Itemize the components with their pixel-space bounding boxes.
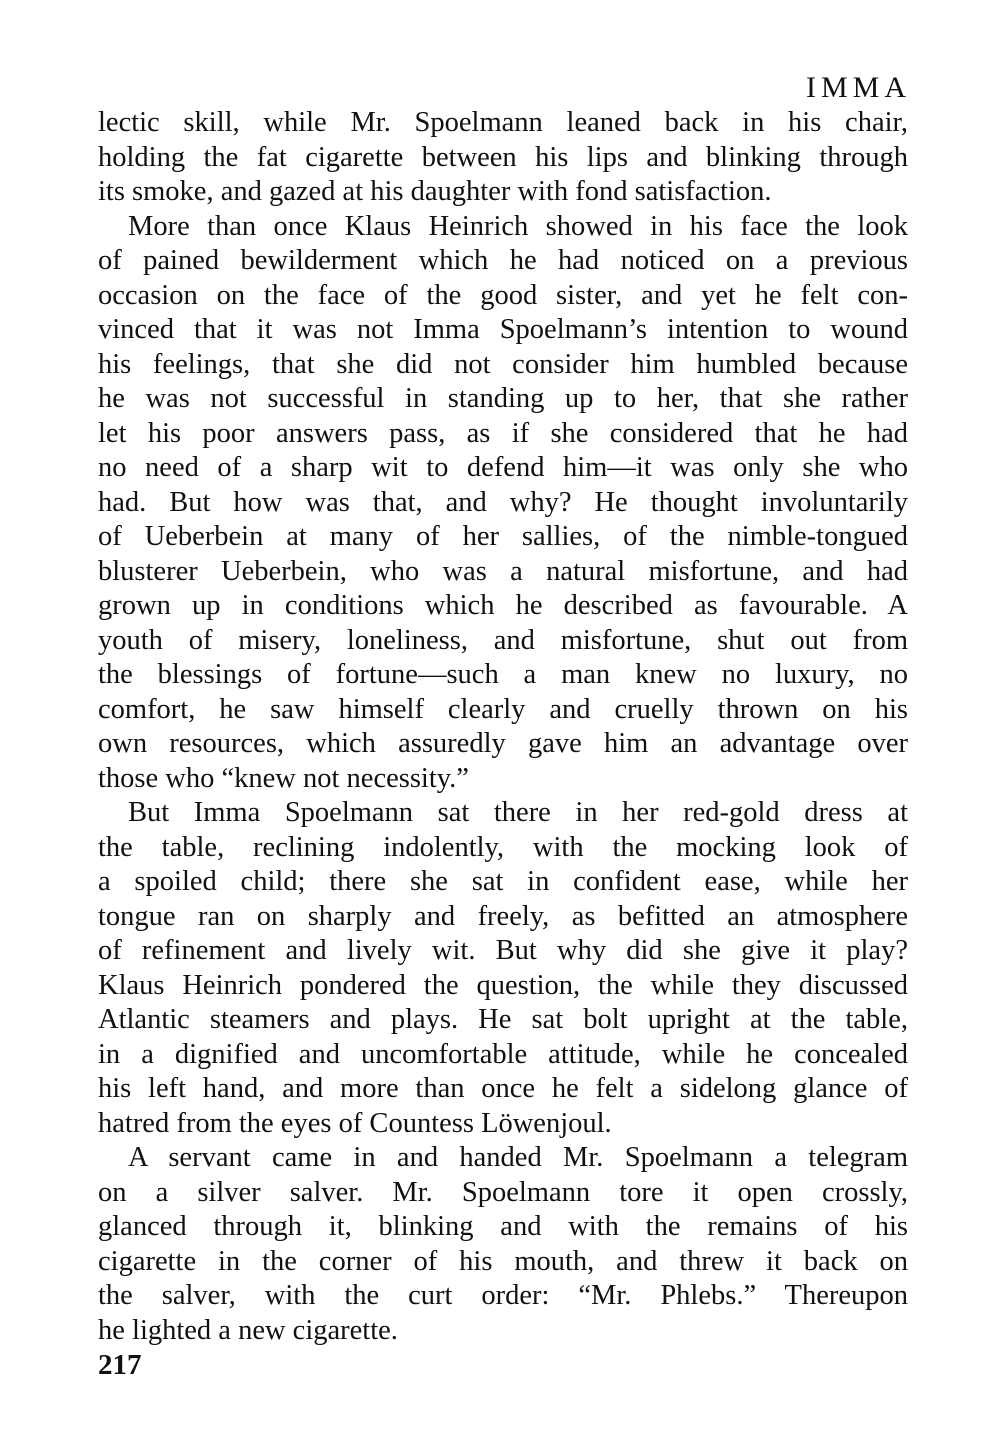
text-line: Atlantic steamers and plays. He sat bolt… bbox=[98, 1003, 908, 1038]
text-line: on a silver salver. Mr. Spoelmann tore i… bbox=[98, 1176, 908, 1211]
text-line: his left hand, and more than once he fel… bbox=[98, 1072, 908, 1107]
text-line: cigarette in the corner of his mouth, an… bbox=[98, 1245, 908, 1280]
text-line: the blessings of fortune—such a man knew… bbox=[98, 658, 908, 693]
text-line: own resources, which assuredly gave him … bbox=[98, 727, 908, 762]
text-line: glanced through it, blinking and with th… bbox=[98, 1210, 908, 1245]
text-line: the table, reclining indolently, with th… bbox=[98, 831, 908, 866]
text-line: the salver, with the curt order: “Mr. Ph… bbox=[98, 1279, 908, 1314]
text-line: of Ueberbein at many of her sallies, of … bbox=[98, 520, 908, 555]
text-line: lectic skill, while Mr. Spoelmann leaned… bbox=[98, 106, 908, 141]
text-line: in a dignified and uncomfortable attitud… bbox=[98, 1038, 908, 1073]
text-line: More than once Klaus Heinrich showed in … bbox=[98, 210, 908, 245]
paragraph: lectic skill, while Mr. Spoelmann leaned… bbox=[98, 106, 908, 210]
text-line: of refinement and lively wit. But why di… bbox=[98, 934, 908, 969]
text-line: youth of misery, loneliness, and misfort… bbox=[98, 624, 908, 659]
text-line: hatred from the eyes of Countess Löwenjo… bbox=[98, 1107, 908, 1142]
running-head: IMMA bbox=[98, 70, 911, 106]
book-page: IMMA lectic skill, while Mr. Spoelmann l… bbox=[98, 70, 908, 1382]
text-line: A servant came in and handed Mr. Spoelma… bbox=[98, 1141, 908, 1176]
text-line: comfort, he saw himself clearly and crue… bbox=[98, 693, 908, 728]
text-line: he lighted a new cigarette. bbox=[98, 1314, 908, 1349]
text-line: a spoiled child; there she sat in confid… bbox=[98, 865, 908, 900]
text-line: grown up in conditions which he describe… bbox=[98, 589, 908, 624]
page-number: 217 bbox=[98, 1348, 908, 1382]
text-line: vinced that it was not Imma Spoelmann’s … bbox=[98, 313, 908, 348]
text-line: his feelings, that she did not consider … bbox=[98, 348, 908, 383]
paragraph: More than once Klaus Heinrich showed in … bbox=[98, 210, 908, 797]
body-text: lectic skill, while Mr. Spoelmann leaned… bbox=[98, 106, 908, 1348]
text-line: But Imma Spoelmann sat there in her red-… bbox=[98, 796, 908, 831]
text-line: no need of a sharp wit to defend him—it … bbox=[98, 451, 908, 486]
text-line: blusterer Ueberbein, who was a natural m… bbox=[98, 555, 908, 590]
text-line: let his poor answers pass, as if she con… bbox=[98, 417, 908, 452]
paragraph: A servant came in and handed Mr. Spoelma… bbox=[98, 1141, 908, 1348]
text-line: he was not successful in standing up to … bbox=[98, 382, 908, 417]
paragraph: But Imma Spoelmann sat there in her red-… bbox=[98, 796, 908, 1141]
text-line: holding the fat cigarette between his li… bbox=[98, 141, 908, 176]
text-line: its smoke, and gazed at his daughter wit… bbox=[98, 175, 908, 210]
text-line: those who “knew not necessity.” bbox=[98, 762, 908, 797]
text-line: Klaus Heinrich pondered the question, th… bbox=[98, 969, 908, 1004]
text-line: of pained bewilderment which he had noti… bbox=[98, 244, 908, 279]
text-line: tongue ran on sharply and freely, as bef… bbox=[98, 900, 908, 935]
text-line: occasion on the face of the good sister,… bbox=[98, 279, 908, 314]
text-line: had. But how was that, and why? He thoug… bbox=[98, 486, 908, 521]
